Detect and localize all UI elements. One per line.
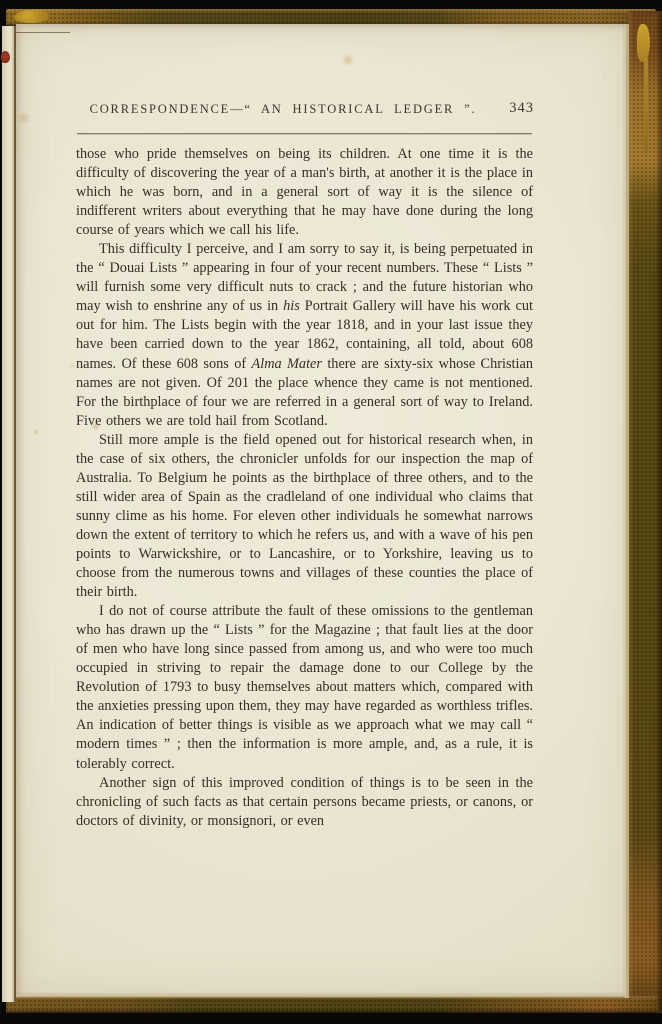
gold-wax-mark — [14, 10, 48, 23]
body-text: those who pride themselves on being its … — [76, 145, 533, 831]
page-edges-left — [2, 26, 16, 1002]
paragraph: This difficulty I perceive, and I am sor… — [76, 240, 533, 430]
text-segment: I do not of course attribute the fault o… — [76, 603, 533, 771]
paragraph: those who pride themselves on being its … — [76, 145, 533, 240]
book-cover-bottom-edge — [6, 996, 658, 1013]
book-cover-right-edge — [629, 11, 662, 1013]
text-segment: Still more ample is the field opened out… — [76, 432, 533, 600]
text-segment: those who pride themselves on being its … — [76, 146, 533, 238]
book-page: CORRESPONDENCE—“ AN HISTORICAL LEDGER ”.… — [16, 24, 629, 998]
text-segment: his — [283, 298, 300, 314]
gold-wax-streak — [644, 58, 648, 154]
page-number: 343 — [509, 100, 534, 117]
red-paint-speck — [1, 51, 10, 63]
paragraph: Still more ample is the field opened out… — [76, 431, 533, 602]
header-rule — [77, 133, 532, 134]
page-edges-bottom — [16, 992, 629, 998]
text-segment: Alma Mater — [251, 356, 321, 372]
paragraph: Another sign of this improved condition … — [76, 774, 533, 831]
running-header-title: CORRESPONDENCE—“ AN HISTORICAL LEDGER ”. — [76, 102, 534, 117]
book-scan: CORRESPONDENCE—“ AN HISTORICAL LEDGER ”.… — [0, 0, 662, 1024]
paragraph: I do not of course attribute the fault o… — [76, 602, 533, 773]
text-segment: Another sign of this improved condition … — [76, 775, 533, 829]
running-header: CORRESPONDENCE—“ AN HISTORICAL LEDGER ”.… — [76, 102, 534, 122]
